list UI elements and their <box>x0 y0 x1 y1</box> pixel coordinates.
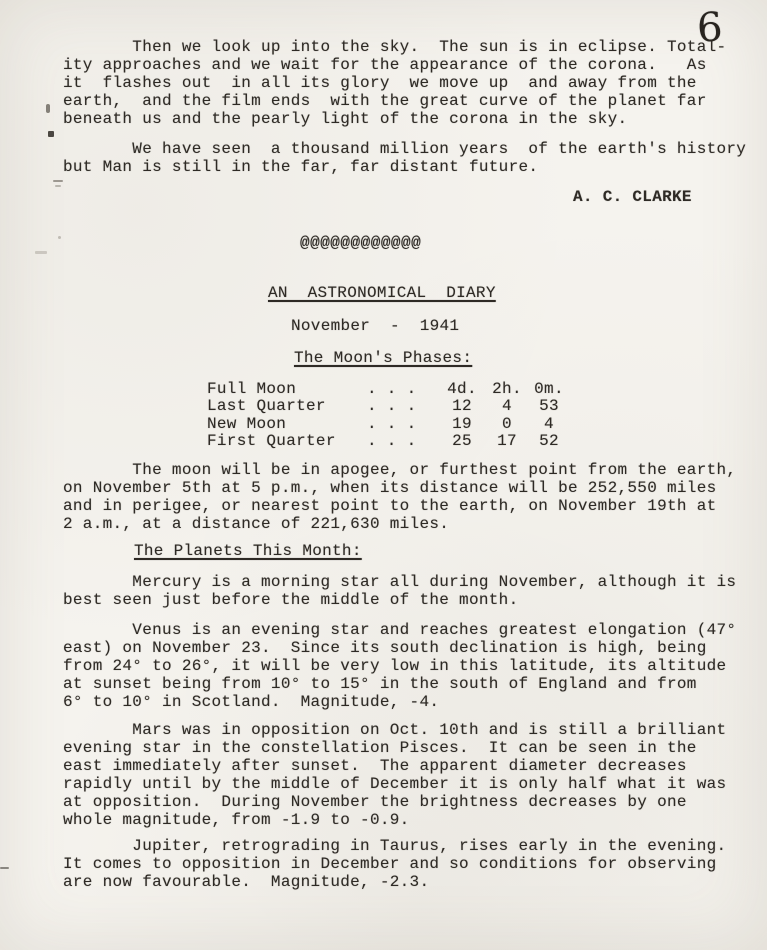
moon-phase-hour: 2h. <box>487 381 527 398</box>
moon-phase-name: Full Moon <box>207 381 367 398</box>
dot-leaders: . . . <box>367 416 437 433</box>
moon-phase-name: Last Quarter <box>207 398 367 415</box>
moon-phase-name: New Moon <box>207 416 367 433</box>
moon-phase-row: Last Quarter . . . 12 4 53 <box>207 398 571 415</box>
author-byline: A. C. CLARKE <box>573 188 692 206</box>
moon-phase-day: 19 <box>437 416 487 433</box>
moon-phase-minute: 0m. <box>527 381 571 398</box>
paper-speck <box>55 185 61 187</box>
moon-phase-hour: 4 <box>487 398 527 415</box>
moon-phase-day: 4d. <box>437 381 487 398</box>
moon-phase-minute: 53 <box>527 398 571 415</box>
moon-phase-row: New Moon . . . 19 0 4 <box>207 416 571 433</box>
intro-paragraph-1: Then we look up into the sky. The sun is… <box>63 38 726 128</box>
moon-phase-minute: 52 <box>527 433 571 450</box>
moon-phase-hour: 0 <box>487 416 527 433</box>
mercury-paragraph: Mercury is a morning star all during Nov… <box>63 573 736 609</box>
paper-speck <box>46 104 50 113</box>
intro-paragraph-2: We have seen a thousand million years of… <box>63 140 746 176</box>
diary-title: AN ASTRONOMICAL DIARY <box>268 284 496 302</box>
moon-phase-row: First Quarter . . . 25 17 52 <box>207 433 571 450</box>
dot-leaders: . . . <box>367 398 437 415</box>
moon-phase-row: Full Moon . . . 4d. 2h. 0m. <box>207 381 571 398</box>
jupiter-paragraph: Jupiter, retrograding in Taurus, rises e… <box>63 837 726 891</box>
document-page: 6 Then we look up into the sky. The sun … <box>0 0 767 950</box>
diary-subtitle: November - 1941 <box>291 317 459 335</box>
dot-leaders: . . . <box>367 433 437 450</box>
paper-speck <box>53 180 63 182</box>
mars-paragraph: Mars was in opposition on Oct. 10th and … <box>63 721 726 829</box>
moon-phases-heading: The Moon's Phases: <box>294 349 472 367</box>
section-divider: @@@@@@@@@@@@ <box>300 234 421 252</box>
paper-speck <box>35 251 47 254</box>
moon-phases-table: Full Moon . . . 4d. 2h. 0m. Last Quarter… <box>207 381 571 451</box>
paper-speck <box>48 131 54 137</box>
dot-leaders: . . . <box>367 381 437 398</box>
venus-paragraph: Venus is an evening star and reaches gre… <box>63 621 736 711</box>
moon-phase-hour: 17 <box>487 433 527 450</box>
moon-phase-minute: 4 <box>527 416 571 433</box>
planets-heading: The Planets This Month: <box>134 542 362 560</box>
moon-phase-name: First Quarter <box>207 433 367 450</box>
moon-phase-day: 25 <box>437 433 487 450</box>
paper-speck <box>0 867 9 869</box>
moon-apogee-paragraph: The moon will be in apogee, or furthest … <box>63 461 736 533</box>
paper-speck <box>58 236 61 239</box>
moon-phase-day: 12 <box>437 398 487 415</box>
